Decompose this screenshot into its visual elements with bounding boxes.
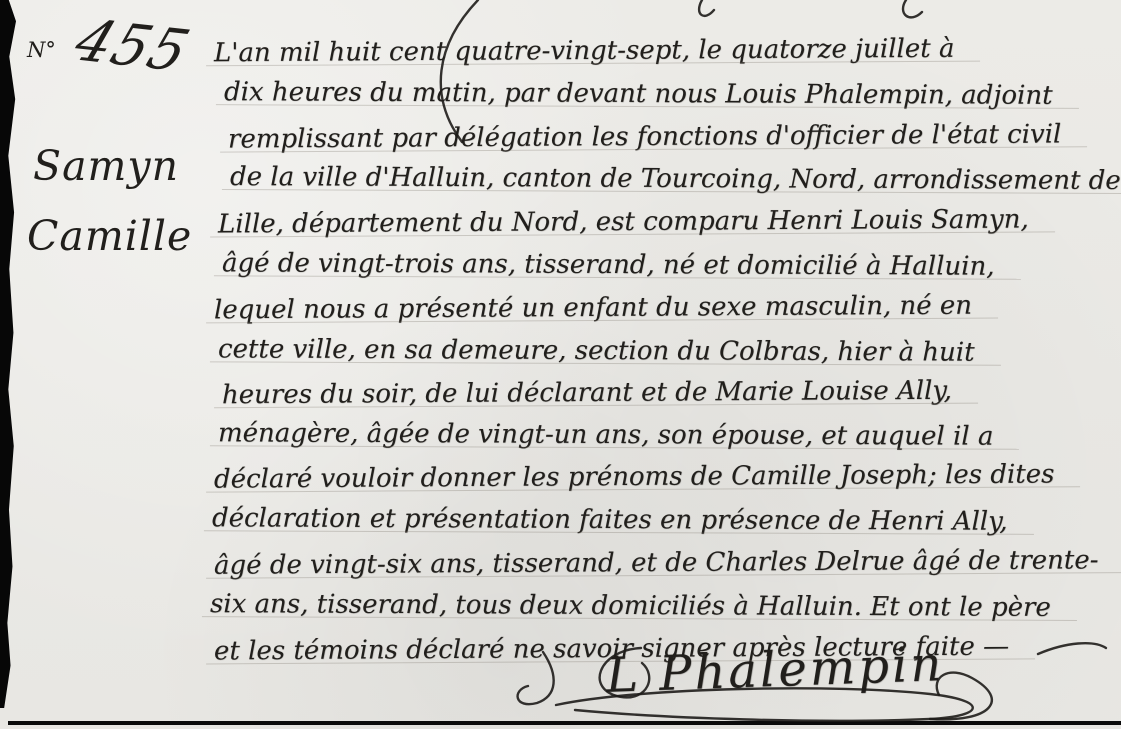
margin-child-surname: Samyn — [33, 142, 179, 190]
act-text-line: dix heures du matin, par devant nous Lou… — [224, 77, 1053, 111]
act-text-line: âgé de vingt-six ans, tisserand, et de C… — [214, 545, 1099, 580]
act-text-line: cette ville, en sa demeure, section du C… — [218, 334, 975, 367]
flourish-top-mid-stroke — [699, 0, 714, 16]
act-text-line: ménagère, âgée de vingt-un ans, son épou… — [218, 418, 994, 451]
scan-bottom-edge — [8, 721, 1121, 725]
act-text-line: déclaration et présentation faites en pr… — [212, 503, 1008, 536]
registry-scan-page: N° 455 Samyn Camille L'an mil huit cent … — [0, 0, 1121, 729]
act-text-line: heures du soir, de lui déclarant et de M… — [222, 376, 952, 410]
act-text-line: de la ville d'Halluin, canton de Tourcoi… — [230, 162, 1121, 196]
act-text-line: déclaré vouloir donner les prénoms de Ca… — [214, 459, 1055, 494]
act-text-line: remplissant par délégation les fonctions… — [228, 119, 1062, 154]
margin-act-number: 455 — [66, 8, 199, 84]
officiant-signature: L Phalempin — [605, 636, 945, 704]
act-text-line: lequel nous a présenté un enfant du sexe… — [214, 291, 972, 326]
flourish-top-right-stroke — [903, 0, 922, 17]
act-text-line: six ans, tisserand, tous deux domiciliés… — [210, 589, 1051, 623]
margin-act-number-label: N° — [27, 38, 56, 62]
act-text-line: Lille, département du Nord, est comparu … — [218, 205, 1029, 240]
act-text-line: L'an mil huit cent quatre-vingt-sept, le… — [214, 34, 955, 69]
scan-left-edge — [0, 0, 16, 708]
margin-child-given-name: Camille — [27, 212, 192, 260]
act-text-line: âgé de vingt-trois ans, tisserand, né et… — [222, 248, 995, 281]
act-body: L'an mil huit cent quatre-vingt-sept, le… — [210, 36, 1110, 686]
